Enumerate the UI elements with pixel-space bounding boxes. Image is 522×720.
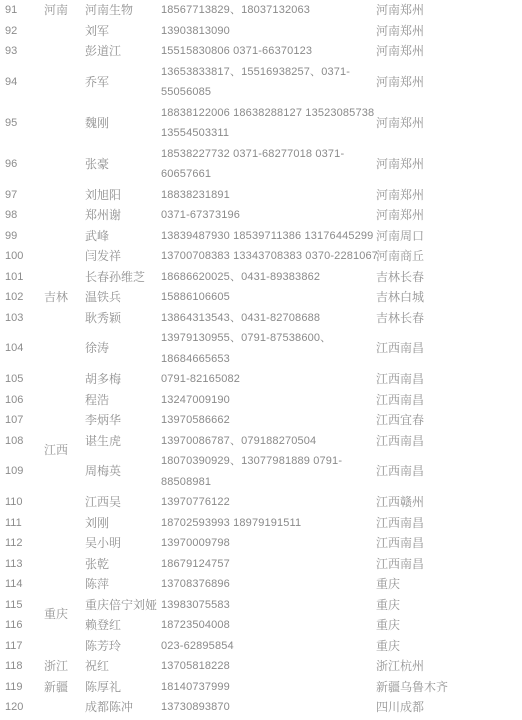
phone-line: 18070390929、13077981889 0791- <box>161 451 342 472</box>
location: 重庆 <box>376 574 400 595</box>
row-number: 113 <box>5 554 23 575</box>
location: 河南郑州 <box>376 41 424 62</box>
phone-line: 60657661 <box>161 164 344 185</box>
phone-line: 023-62895854 <box>161 636 234 657</box>
row-number: 110 <box>5 492 23 513</box>
phone-line: 13730893870 <box>161 697 230 718</box>
contact-name: 刘刚 <box>85 513 109 534</box>
location: 浙江杭州 <box>376 656 424 677</box>
phone-numbers: 0791-82165082 <box>161 369 240 390</box>
contact-name: 江西吴 <box>85 492 121 513</box>
table-row: 120成都陈冲13730893870四川成都 <box>0 697 522 718</box>
table-row: 115重庆倍宁刘娅13983075583重庆 <box>0 595 522 616</box>
row-number: 99 <box>5 226 17 247</box>
table-row: 113张乾18679124757江西南昌 <box>0 554 522 575</box>
contact-name: 程浩 <box>85 390 109 411</box>
contact-name: 乔军 <box>85 72 109 93</box>
phone-line: 18140737999 <box>161 677 230 698</box>
contact-name: 谌生虎 <box>85 431 121 452</box>
location: 江西南昌 <box>376 533 424 554</box>
location: 新疆乌鲁木齐 <box>376 677 448 698</box>
phone-line: 13970586662 <box>161 410 230 431</box>
location: 江西赣州 <box>376 492 424 513</box>
location: 江西南昌 <box>376 390 424 411</box>
location: 吉林长春 <box>376 308 424 329</box>
phone-numbers: 18723504008 <box>161 615 230 636</box>
table-row: 119陈厚礼18140737999新疆乌鲁木齐 <box>0 677 522 698</box>
row-number: 105 <box>5 369 23 390</box>
location: 江西南昌 <box>376 554 424 575</box>
phone-line: 13839487930 18539711386 13176445299 <box>161 226 373 247</box>
location: 吉林长春 <box>376 267 424 288</box>
table-row: 108谌生虎13970086787、079188270504江西南昌 <box>0 431 522 452</box>
phone-numbers: 13864313543、0431-82708688 <box>161 308 320 329</box>
row-number: 104 <box>5 338 23 359</box>
province-label: 河南 <box>44 0 68 20</box>
contact-name: 河南生物 <box>85 0 133 21</box>
contact-name: 闫发祥 <box>85 246 121 267</box>
table-row: 109周梅英18070390929、13077981889 0791-88508… <box>0 451 522 492</box>
phone-numbers: 13705818228 <box>161 656 230 677</box>
row-number: 107 <box>5 410 23 431</box>
phone-line: 15886106605 <box>161 287 230 308</box>
row-number: 117 <box>5 636 23 657</box>
phone-line: 18538227732 0371-68277018 0371- <box>161 144 344 165</box>
location: 重庆 <box>376 615 400 636</box>
phone-numbers: 0371-67373196 <box>161 205 240 226</box>
row-number: 98 <box>5 205 17 226</box>
phone-line: 13705818228 <box>161 656 230 677</box>
phone-numbers: 13970776122 <box>161 492 230 513</box>
table-row: 94乔军13653833817、15516938257、0371-5505608… <box>0 62 522 103</box>
row-number: 111 <box>5 513 22 534</box>
phone-line: 13653833817、15516938257、0371- <box>161 62 350 83</box>
row-number: 94 <box>5 72 17 93</box>
row-number: 109 <box>5 461 23 482</box>
location: 重庆 <box>376 595 400 616</box>
contact-name: 刘旭阳 <box>85 185 121 206</box>
table-row: 104徐涛13979130955、0791-87538600、186846656… <box>0 328 522 369</box>
table-row: 100闫发祥13700708383 13343708383 0370-22810… <box>0 246 522 267</box>
phone-numbers: 13970009798 <box>161 533 230 554</box>
phone-line: 13970776122 <box>161 492 230 513</box>
location: 河南郑州 <box>376 113 424 134</box>
contact-name: 祝红 <box>85 656 109 677</box>
province-label: 重庆 <box>44 604 68 624</box>
phone-numbers: 023-62895854 <box>161 636 234 657</box>
phone-line: 13983075583 <box>161 595 230 616</box>
contact-name: 陈萍 <box>85 574 109 595</box>
row-number: 115 <box>5 595 23 616</box>
contact-name: 张豪 <box>85 154 109 175</box>
contact-name: 成都陈冲 <box>85 697 133 718</box>
phone-line: 18702593993 18979191511 <box>161 513 301 534</box>
phone-line: 13970009798 <box>161 533 230 554</box>
phone-numbers: 18140737999 <box>161 677 230 698</box>
contact-name: 重庆倍宁刘娅 <box>85 595 157 616</box>
table-row: 101长春孙维芝18686620025、0431-89383862吉林长春 <box>0 267 522 288</box>
contact-name: 赖登红 <box>85 615 121 636</box>
phone-line: 15515830806 0371-66370123 <box>161 41 312 62</box>
row-number: 91 <box>5 0 17 21</box>
row-number: 118 <box>5 656 23 677</box>
contact-name: 张乾 <box>85 554 109 575</box>
phone-numbers: 13983075583 <box>161 595 230 616</box>
phone-numbers: 13903813090 <box>161 21 230 42</box>
table-row: 114陈萍13708376896重庆 <box>0 574 522 595</box>
location: 河南郑州 <box>376 72 424 93</box>
phone-line: 13708376896 <box>161 574 230 595</box>
row-number: 120 <box>5 697 23 718</box>
row-number: 100 <box>5 246 23 267</box>
phone-numbers: 15515830806 0371-66370123 <box>161 41 312 62</box>
phone-line: 18838122006 18638288127 13523085738 <box>161 103 374 124</box>
table-row: 92刘军13903813090河南郑州 <box>0 21 522 42</box>
location: 河南郑州 <box>376 205 424 226</box>
phone-line: 18723504008 <box>161 615 230 636</box>
phone-line: 13554503311 <box>161 123 374 144</box>
row-number: 95 <box>5 113 17 134</box>
table-row: 93彭道江15515830806 0371-66370123河南郑州 <box>0 41 522 62</box>
location: 江西南昌 <box>376 431 424 452</box>
phone-line: 13970086787、079188270504 <box>161 431 316 452</box>
location: 河南郑州 <box>376 0 424 21</box>
row-number: 114 <box>5 574 23 595</box>
phone-line: 13247009190 <box>161 390 230 411</box>
phone-numbers: 18702593993 18979191511 <box>161 513 301 534</box>
phone-numbers: 13247009190 <box>161 390 230 411</box>
phone-line: 13700708383 13343708383 0370-2281067 <box>161 246 378 267</box>
phone-line: 18838231891 <box>161 185 230 206</box>
province-label: 新疆 <box>44 677 68 697</box>
phone-line: 18684665653 <box>161 349 331 370</box>
table-row: 99武峰13839487930 18539711386 13176445299河… <box>0 226 522 247</box>
phone-numbers: 18838122006 18638288127 1352308573813554… <box>161 103 374 144</box>
location: 江西南昌 <box>376 461 424 482</box>
row-number: 97 <box>5 185 17 206</box>
row-number: 112 <box>5 533 23 554</box>
table-row: 105胡多梅0791-82165082江西南昌 <box>0 369 522 390</box>
phone-numbers: 13970086787、079188270504 <box>161 431 316 452</box>
phone-numbers: 13970586662 <box>161 410 230 431</box>
province-label: 江西 <box>44 440 68 460</box>
table-row: 102温铁兵15886106605吉林白城 <box>0 287 522 308</box>
table-row: 103耿秀颖13864313543、0431-82708688吉林长春 <box>0 308 522 329</box>
location: 河南商丘 <box>376 246 424 267</box>
contact-name: 李炳华 <box>85 410 121 431</box>
location: 江西宜春 <box>376 410 424 431</box>
contact-name: 陈厚礼 <box>85 677 121 698</box>
phone-line: 13864313543、0431-82708688 <box>161 308 320 329</box>
contact-name: 温铁兵 <box>85 287 121 308</box>
province-label: 浙江 <box>44 656 68 676</box>
row-number: 96 <box>5 154 17 175</box>
table-row: 97刘旭阳18838231891河南郑州 <box>0 185 522 206</box>
contact-name: 郑州谢 <box>85 205 121 226</box>
phone-line: 55056085 <box>161 82 350 103</box>
contact-name: 耿秀颖 <box>85 308 121 329</box>
phone-numbers: 18679124757 <box>161 554 230 575</box>
phone-line: 18567713829、18037132063 <box>161 0 310 21</box>
table-row: 95魏刚18838122006 18638288127 135230857381… <box>0 103 522 144</box>
phone-line: 18686620025、0431-89383862 <box>161 267 320 288</box>
province-label: 吉林 <box>44 287 68 307</box>
location: 河南郑州 <box>376 154 424 175</box>
phone-line: 88508981 <box>161 472 342 493</box>
phone-line: 18679124757 <box>161 554 230 575</box>
contact-name: 徐涛 <box>85 338 109 359</box>
phone-line: 13979130955、0791-87538600、 <box>161 328 331 349</box>
table-row: 110江西吴13970776122江西赣州 <box>0 492 522 513</box>
contact-name: 彭道江 <box>85 41 121 62</box>
row-number: 108 <box>5 431 23 452</box>
location: 四川成都 <box>376 697 424 718</box>
phone-numbers: 13700708383 13343708383 0370-2281067 <box>161 246 378 267</box>
phone-numbers: 18538227732 0371-68277018 0371-60657661 <box>161 144 344 185</box>
phone-line: 0791-82165082 <box>161 369 240 390</box>
row-number: 103 <box>5 308 23 329</box>
row-number: 102 <box>5 287 23 308</box>
location: 江西南昌 <box>376 513 424 534</box>
table-row: 118祝红13705818228浙江杭州 <box>0 656 522 677</box>
location: 吉林白城 <box>376 287 424 308</box>
phone-numbers: 13708376896 <box>161 574 230 595</box>
contact-name: 长春孙维芝 <box>85 267 145 288</box>
phone-numbers: 18838231891 <box>161 185 230 206</box>
row-number: 92 <box>5 21 17 42</box>
table-row: 111刘刚18702593993 18979191511江西南昌 <box>0 513 522 534</box>
phone-numbers: 18070390929、13077981889 0791-88508981 <box>161 451 342 492</box>
contact-name: 刘军 <box>85 21 109 42</box>
contact-name: 周梅英 <box>85 461 121 482</box>
location: 河南周口 <box>376 226 424 247</box>
phone-numbers: 13730893870 <box>161 697 230 718</box>
table-row: 112吴小明13970009798江西南昌 <box>0 533 522 554</box>
table-row: 96张豪18538227732 0371-68277018 0371-60657… <box>0 144 522 185</box>
contact-name: 魏刚 <box>85 113 109 134</box>
contact-name: 武峰 <box>85 226 109 247</box>
table-row: 91河南生物18567713829、18037132063河南郑州 <box>0 0 522 21</box>
contact-name: 胡多梅 <box>85 369 121 390</box>
table-row: 117陈芳玲023-62895854重庆 <box>0 636 522 657</box>
row-number: 116 <box>5 615 23 636</box>
location: 河南郑州 <box>376 185 424 206</box>
contact-name: 吴小明 <box>85 533 121 554</box>
location: 河南郑州 <box>376 21 424 42</box>
phone-line: 0371-67373196 <box>161 205 240 226</box>
phone-line: 13903813090 <box>161 21 230 42</box>
phone-numbers: 13839487930 18539711386 13176445299 <box>161 226 373 247</box>
table-row: 98郑州谢0371-67373196河南郑州 <box>0 205 522 226</box>
row-number: 106 <box>5 390 23 411</box>
location: 重庆 <box>376 636 400 657</box>
table-row: 106程浩13247009190江西南昌 <box>0 390 522 411</box>
phone-numbers: 15886106605 <box>161 287 230 308</box>
phone-numbers: 13653833817、15516938257、0371-55056085 <box>161 62 350 103</box>
table-row: 107李炳华13970586662江西宜春 <box>0 410 522 431</box>
phone-numbers: 18567713829、18037132063 <box>161 0 310 21</box>
contact-name: 陈芳玲 <box>85 636 121 657</box>
phone-numbers: 18686620025、0431-89383862 <box>161 267 320 288</box>
location: 江西南昌 <box>376 369 424 390</box>
row-number: 119 <box>5 677 23 698</box>
table-row: 116赖登红18723504008重庆 <box>0 615 522 636</box>
location: 江西南昌 <box>376 338 424 359</box>
phone-numbers: 13979130955、0791-87538600、18684665653 <box>161 328 331 369</box>
row-number: 93 <box>5 41 17 62</box>
row-number: 101 <box>5 267 23 288</box>
